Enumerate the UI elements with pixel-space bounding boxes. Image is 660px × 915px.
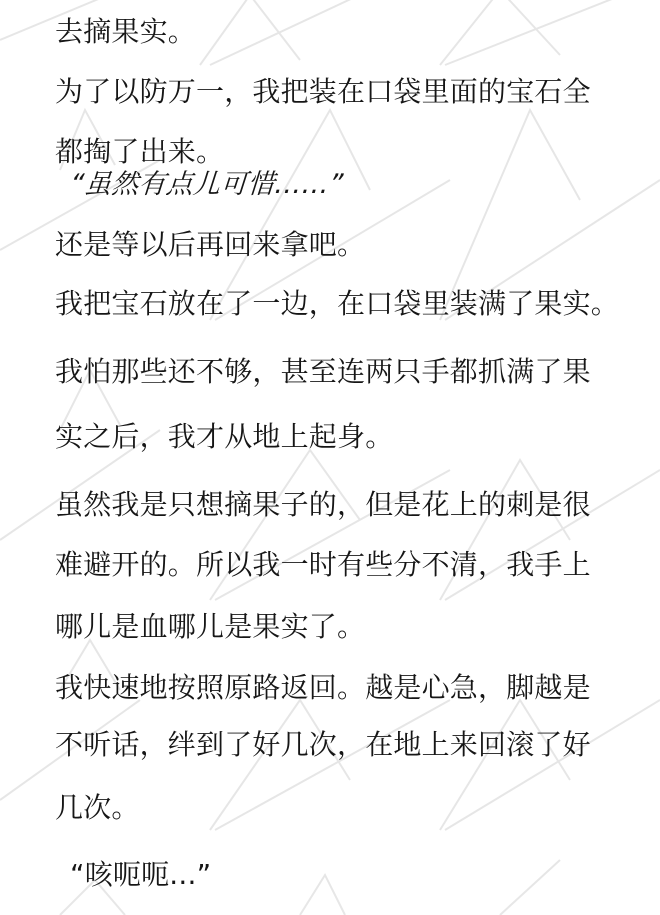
text-line: 实之后，我才从地上起身。 (55, 420, 393, 454)
text-line: 我快速地按照原路返回。越是心急，脚越是 (55, 671, 591, 705)
text-line: 为了以防万一，我把装在口袋里面的宝石全 (55, 75, 591, 109)
text-line: 难避开的。所以我一时有些分不清，我手上 (55, 548, 591, 582)
text-line: 哪儿是血哪儿是果实了。 (55, 610, 365, 644)
text-line: 去摘果实。 (55, 15, 196, 49)
dialogue-line-italic: “虽然有点儿可惜……” (69, 168, 345, 202)
text-line: 还是等以后再回来拿吧。 (55, 228, 365, 262)
text-line: 几次。 (55, 791, 140, 825)
text-line: 都掏了出来。 (55, 135, 224, 169)
document-page: 去摘果实。 为了以防万一，我把装在口袋里面的宝石全 都掏了出来。 “虽然有点儿可… (0, 0, 660, 915)
text-line: 虽然我是只想摘果子的，但是花上的刺是很 (55, 488, 591, 522)
text-line: 我怕那些还不够，甚至连两只手都抓满了果 (55, 355, 591, 389)
text-line: 我把宝石放在了一边，在口袋里装满了果实。 (55, 287, 619, 321)
dialogue-line: “咳呃呃...” (70, 858, 211, 892)
text-line: 不听话，绊到了好几次，在地上来回滚了好 (55, 728, 591, 762)
